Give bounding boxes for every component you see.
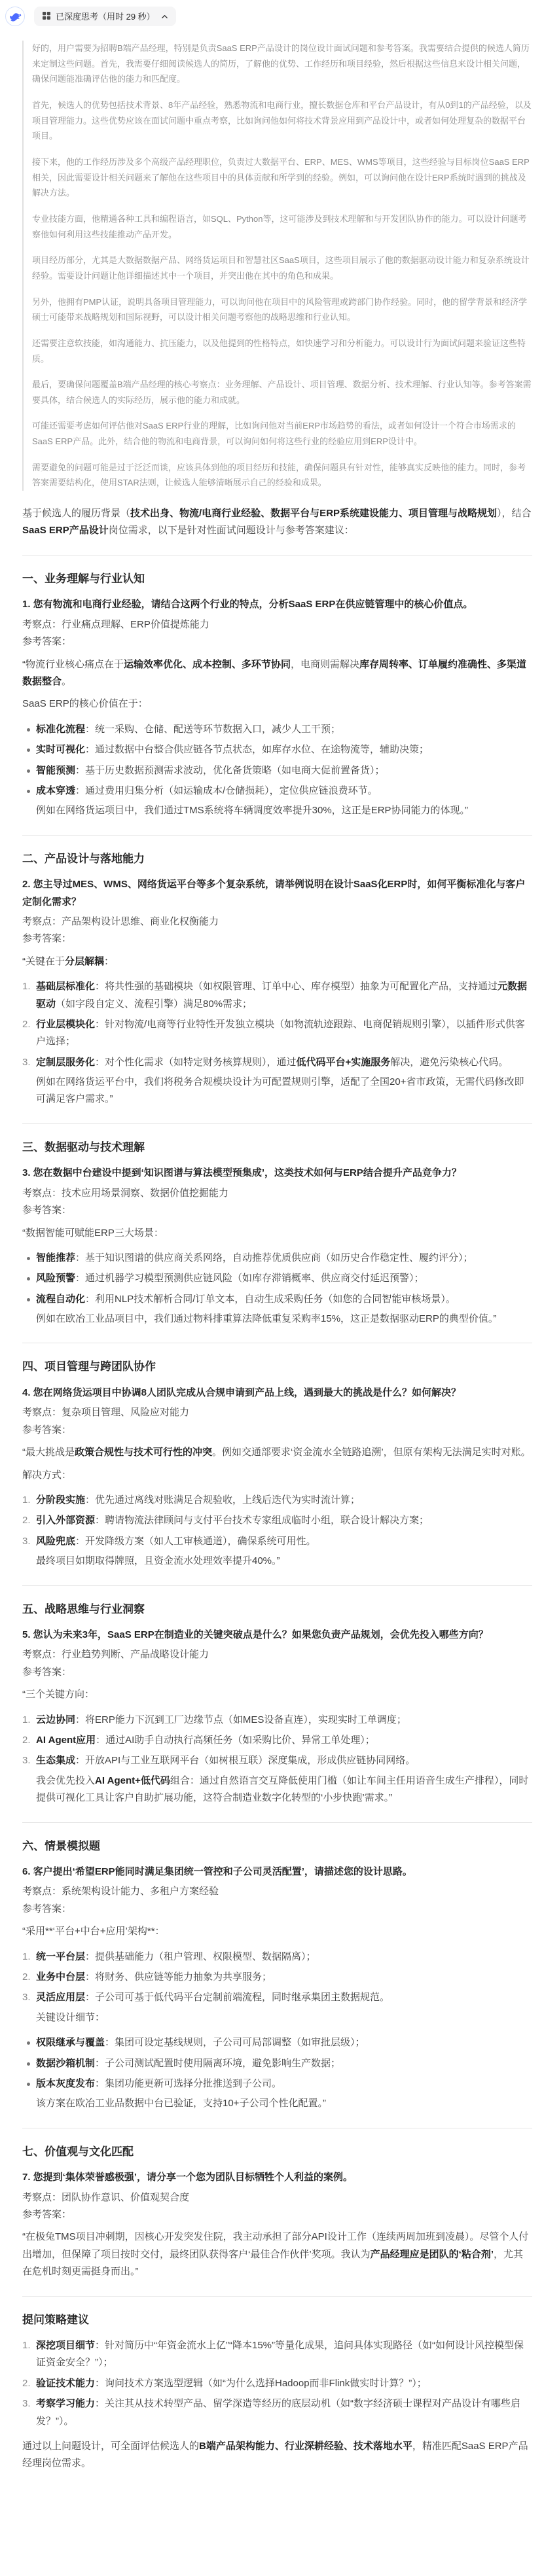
text-run: ：将财务、供应链等能力抽象为共享服务； bbox=[85, 1971, 272, 1983]
text-run: ：通过费用归集分析（如运输成本/仓储损耗），定位供应链浪费环节。 bbox=[75, 785, 378, 796]
answer-section: 四、项目管理与跨团队协作4. 您在网络货运项目中协调8人团队完成从合规申请到产品… bbox=[22, 1358, 532, 1570]
text-run: ：询问技术方案选型逻辑（如“为什么选择Hadoop而非Flink做实时计算？”）… bbox=[95, 2378, 427, 2389]
answer-paragraph: “物流行业核心痛点在于运输效率优化、成本控制、多环节协同，电商则需解决库存周转率… bbox=[22, 656, 532, 691]
focus-points: 考察点：技术应用场景洞察、数据价值挖掘能力 bbox=[22, 1185, 532, 1202]
list-item: 风险兜底：开发降级方案（如人工审核通道），确保系统可用性。最终项目如期取得牌照，… bbox=[36, 1533, 532, 1570]
answer-section: 提问策略建议深挖项目细节：针对简历中“年资金流水上亿”“降本15%”等量化成果，… bbox=[22, 2312, 532, 2473]
bold-text-run: 标准化流程 bbox=[36, 724, 85, 735]
answer-paragraph: 解决方式： bbox=[22, 1467, 532, 1484]
text-run: 解决方式： bbox=[22, 1470, 71, 1481]
list-item: AI Agent应用：通过AI助手自动执行高频任务（如采购比价、异常工单处理）； bbox=[36, 1732, 532, 1749]
list-item-tail: 例如在网络货运平台中，我们将税务合规模块设计为可配置规则引擎，适配了全国20+省… bbox=[36, 1074, 532, 1108]
reference-answer-label: 参考答案： bbox=[22, 633, 532, 650]
bold-text-run: SaaS ERP产品设计 bbox=[22, 525, 109, 536]
text-run: （如字段自定义、流程引擎）满足80%需求； bbox=[56, 998, 252, 1010]
section-divider bbox=[22, 1123, 532, 1124]
list-item: 智能预测：基于历史数据预测需求波动，优化备货策略（如电商大促前置备货）； bbox=[36, 762, 532, 779]
text-run: 最终项目如期取得牌照，且资金流水处理效率提升40%。” bbox=[36, 1555, 280, 1566]
answer-paragraph: “采用**‘平台+中台+应用’架构**： bbox=[22, 1923, 532, 1940]
bold-text-run: 定制层服务化 bbox=[36, 1057, 95, 1068]
reference-answer-label: 参考答案： bbox=[22, 930, 532, 947]
section-divider bbox=[22, 1822, 532, 1823]
bold-text-run: 运输效率优化、成本控制、多环节协同 bbox=[124, 659, 291, 670]
text-run: ，电商则需解决 bbox=[291, 659, 359, 670]
section-divider bbox=[22, 1343, 532, 1343]
text-run: ：统一采购、仓储、配送等环节数据入口，减少人工干预； bbox=[85, 724, 340, 735]
section-divider bbox=[22, 555, 532, 556]
message-header: 已深度思考（用时 29 秒） bbox=[0, 5, 544, 26]
list-item: 实时可视化：通过数据中台整合供应链各节点状态，如库存水位、在途物流等，辅助决策； bbox=[36, 741, 532, 758]
text-run: ：对个性化需求（如特定财务核算规则），通过 bbox=[95, 1057, 297, 1068]
list-item: 风险预警：通过机器学习模型预测供应链风险（如库存滞销概率、供应商交付延迟预警）； bbox=[36, 1270, 532, 1287]
section-title: 二、产品设计与落地能力 bbox=[22, 851, 532, 868]
text-run: ：针对物流/电商等行业特性开发独立模块（如物流轨迹跟踪、电商促销规则引擎），以插… bbox=[36, 1019, 525, 1047]
text-run: SaaS ERP的核心价值在于： bbox=[22, 698, 148, 709]
bold-text-run: 政策合规性与技术可行性的冲突 bbox=[75, 1447, 212, 1458]
list-item: 标准化流程：统一采购、仓储、配送等环节数据入口，减少人工干预； bbox=[36, 721, 532, 738]
question-text: 2. 您主导过MES、WMS、网络货运平台等多个复杂系统，请举例说明在设计Saa… bbox=[22, 876, 532, 911]
answer-intro: 基于候选人的履历背景（技术出身、物流/电商行业经验、数据平台与ERP系统建设能力… bbox=[22, 505, 532, 540]
bullet-list: 智能推荐：基于知识图谱的供应商关系网络，自动推荐优质供应商（如历史合作稳定性、履… bbox=[22, 1250, 532, 1328]
list-item: 流程自动化：利用NLP技术解析合同/订单文本，自动生成采购任务（如您的合同智能审… bbox=[36, 1291, 532, 1328]
text-run: ：针对简历中“年资金流水上亿”“降本15%”等量化成果，追问具体实现路径（如“如… bbox=[36, 2340, 524, 2368]
text-run: ：优先通过离线对账满足合规验收，上线后迭代为实时流计算； bbox=[85, 1494, 360, 1506]
text-run: “采用**‘平台+中台+应用’架构**： bbox=[22, 1926, 165, 1937]
answer-paragraph: “关键在于分层解耦： bbox=[22, 953, 532, 970]
answer-block: 基于候选人的履历背景（技术出身、物流/电商行业经验、数据平台与ERP系统建设能力… bbox=[22, 505, 532, 2473]
bold-text-run: 数据沙箱机制 bbox=[36, 2058, 95, 2069]
deep-think-toggle[interactable]: 已深度思考（用时 29 秒） bbox=[34, 7, 176, 26]
assistant-avatar bbox=[5, 7, 25, 26]
list-item: 定制层服务化：对个性化需求（如特定财务核算规则），通过低代码平台+实施服务解决，… bbox=[36, 1054, 532, 1108]
bold-text-run: 业务中台层 bbox=[36, 1971, 85, 1983]
question-text: 4. 您在网络货运项目中协调8人团队完成从合规申请到产品上线，遇到最大的挑战是什… bbox=[22, 1385, 532, 1402]
bold-text-run: 验证技术能力 bbox=[36, 2378, 95, 2389]
text-run: ：开发降级方案（如人工审核通道），确保系统可用性。 bbox=[75, 1536, 316, 1547]
bold-text-run: 灵活应用层 bbox=[36, 1992, 85, 2003]
text-run: 解决，避免污染核心代码。 bbox=[390, 1057, 508, 1068]
bold-text-run: 风险预警 bbox=[36, 1273, 75, 1284]
section-title: 七、价值观与文化匹配 bbox=[22, 2144, 532, 2161]
thinking-paragraph: 专业技能方面，他精通各种工具和编程语言，如SQL、Python等，这可能涉及到技… bbox=[32, 211, 532, 242]
bold-text-run: 风险兜底 bbox=[36, 1536, 75, 1547]
numbered-list: 深挖项目细节：针对简历中“年资金流水上亿”“降本15%”等量化成果，追问具体实现… bbox=[22, 2337, 532, 2430]
thinking-paragraph: 最后，要确保问题覆盖B端产品经理的核心考察点：业务理解、产品设计、项目管理、数据… bbox=[32, 377, 532, 408]
answer-section: 二、产品设计与落地能力2. 您主导过MES、WMS、网络货运平台等多个复杂系统，… bbox=[22, 851, 532, 1108]
answer-paragraph: 通过以上问题设计，可全面评估候选人的B端产品架构能力、行业深耕经验、技术落地水平… bbox=[22, 2438, 532, 2473]
reference-answer-label: 参考答案： bbox=[22, 2206, 532, 2223]
answer-paragraph: SaaS ERP的核心价值在于： bbox=[22, 696, 532, 713]
reference-answer-label: 参考答案： bbox=[22, 1422, 532, 1439]
list-item: 成本穿透：通过费用归集分析（如运输成本/仓储损耗），定位供应链浪费环节。例如在网… bbox=[36, 783, 532, 820]
text-run: 关键设计细节： bbox=[36, 2012, 105, 2023]
bold-text-run: AI Agent+低代码 bbox=[95, 1775, 170, 1786]
numbered-list: 分阶段实施：优先通过离线对账满足合规验收，上线后迭代为实时流计算；引入外部资源：… bbox=[22, 1492, 532, 1570]
list-item-tail: 例如在网络货运项目中，我们通过TMS系统将车辆调度效率提升30%，这正是ERP协… bbox=[36, 802, 532, 819]
focus-points: 考察点：系统架构设计能力、多租户方案经验 bbox=[22, 1883, 532, 1900]
section-title: 一、业务理解与行业认知 bbox=[22, 571, 532, 588]
answer-section: 五、战略思维与行业洞察5. 您认为未来3年，SaaS ERP在制造业的关键突破点… bbox=[22, 1601, 532, 1807]
focus-points: 考察点：复杂项目管理、风险应对能力 bbox=[22, 1404, 532, 1421]
thinking-paragraph: 需要避免的问题可能是过于泛泛而谈，应该具体到他的项目经历和技能，确保问题具有针对… bbox=[32, 460, 532, 491]
question-text: 6. 客户提出‘希望ERP能同时满足集团统一管控和子公司灵活配置’，请描述您的设… bbox=[22, 1863, 532, 1880]
list-item: 分阶段实施：优先通过离线对账满足合规验收，上线后迭代为实时流计算； bbox=[36, 1492, 532, 1509]
section-title: 提问策略建议 bbox=[22, 2312, 532, 2329]
bold-text-run: 权限继承与覆盖 bbox=[36, 2037, 105, 2048]
section-divider bbox=[22, 2128, 532, 2128]
text-run: ：通过机器学习模型预测供应链风险（如库存滞销概率、供应商交付延迟预警）； bbox=[75, 1273, 424, 1284]
bold-text-run: 智能推荐 bbox=[36, 1252, 75, 1263]
bold-text-run: AI Agent应用 bbox=[36, 1735, 96, 1746]
answer-paragraph: “数据智能可赋能ERP三大场景： bbox=[22, 1225, 532, 1242]
text-run: ：基于知识图谱的供应商关系网络，自动推荐优质供应商（如历史合作稳定性、履约评分）… bbox=[75, 1252, 473, 1263]
bold-text-run: 低代码平台+实施服务 bbox=[297, 1057, 391, 1068]
section-divider bbox=[22, 835, 532, 836]
text-run: 通过以上问题设计，可全面评估候选人的 bbox=[22, 2441, 199, 2452]
thinking-paragraph: 还需要注意软技能，如沟通能力、抗压能力，以及他提到的性格特点，如快速学习和分析能… bbox=[32, 336, 532, 366]
text-run: “最大挑战是 bbox=[22, 1447, 75, 1458]
answer-paragraph: “三个关键方向： bbox=[22, 1686, 532, 1703]
bold-text-run: 考察学习能力 bbox=[36, 2398, 95, 2409]
text-run: “关键在于 bbox=[22, 956, 65, 967]
answer-section: 六、情景模拟题6. 客户提出‘希望ERP能同时满足集团统一管控和子公司灵活配置’… bbox=[22, 1838, 532, 2113]
list-item: 深挖项目细节：针对简历中“年资金流水上亿”“降本15%”等量化成果，追问具体实现… bbox=[36, 2337, 532, 2372]
bold-text-run: 版本灰度发布 bbox=[36, 2078, 95, 2089]
text-run: “物流行业核心痛点在于 bbox=[22, 659, 124, 670]
list-item-tail: 我会优先投入AI Agent+低代码组合：通过自然语言交互降低使用门槛（如让车间… bbox=[36, 1773, 532, 1807]
thinking-paragraph: 另外，他拥有PMP认证，说明具备项目管理能力，可以询问他在项目中的风险管理或跨部… bbox=[32, 294, 532, 325]
list-item: 引入外部资源：聘请物流法律顾问与支付平台技术专家组成临时小组，联合设计解决方案； bbox=[36, 1512, 532, 1529]
answer-paragraph: “在极兔TMS项目冲刺期，因核心开发突发住院，我主动承担了部分API设计工作（连… bbox=[22, 2229, 532, 2280]
text-run: ：聘请物流法律顾问与支付平台技术专家组成临时小组，联合设计解决方案； bbox=[95, 1515, 429, 1526]
reference-answer-label: 参考答案： bbox=[22, 1202, 532, 1219]
list-item: 数据沙箱机制：子公司测试配置时使用隔离环境，避免影响生产数据； bbox=[36, 2055, 532, 2072]
list-item: 云边协同：将ERP能力下沉到工厂边缘节点（如MES设备直连），实现实时工单调度； bbox=[36, 1712, 532, 1729]
list-item: 生态集成：开放API与工业互联网平台（如树根互联）深度集成，形成供应链协同网络。… bbox=[36, 1752, 532, 1807]
text-run: 该方案在欧冶工业品数据中台已验证，支持10+子公司个性化配置。” bbox=[36, 2098, 326, 2109]
bold-text-run: 行业层模块化 bbox=[36, 1019, 95, 1030]
answer-section: 三、数据驱动与技术理解3. 您在数据中台建设中提到‘知识图谱与算法模型预集成’，… bbox=[22, 1139, 532, 1328]
numbered-list: 云边协同：将ERP能力下沉到工厂边缘节点（如MES设备直连），实现实时工单调度；… bbox=[22, 1712, 532, 1807]
bullet-list: 标准化流程：统一采购、仓储、配送等环节数据入口，减少人工干预；实时可视化：通过数… bbox=[22, 721, 532, 820]
bold-text-run: 统一平台层 bbox=[36, 1951, 85, 1962]
bold-text-run: 基础层标准化 bbox=[36, 981, 95, 992]
list-item: 考察学习能力：关注其从技术转型产品、留学深造等经历的底层动机（如“数字经济硕士课… bbox=[36, 2395, 532, 2430]
focus-points: 考察点：产品架构设计思维、商业化权衡能力 bbox=[22, 913, 532, 930]
bold-text-run: 成本穿透 bbox=[36, 785, 75, 796]
list-item-tail: 该方案在欧冶工业品数据中台已验证，支持10+子公司个性化配置。” bbox=[36, 2095, 532, 2112]
text-run: ：开放API与工业互联网平台（如树根互联）深度集成，形成供应链协同网络。 bbox=[75, 1755, 415, 1766]
thinking-paragraph: 项目经历部分，尤其是大数据数据产品、网络货运项目和智慧社区SaaS项目，这些项目… bbox=[32, 253, 532, 283]
chevron-up-icon bbox=[161, 13, 168, 20]
text-run: ：将共性强的基础模块（如权限管理、订单中心、库存模型）抽象为可配置化产品，支持通… bbox=[95, 981, 498, 992]
bold-text-run: 云边协同 bbox=[36, 1714, 75, 1725]
list-item: 业务中台层：将财务、供应链等能力抽象为共享服务； bbox=[36, 1969, 532, 1986]
bold-text-run: 分层解耦 bbox=[65, 956, 104, 967]
text-run: ：将ERP能力下沉到工厂边缘节点（如MES设备直连），实现实时工单调度； bbox=[75, 1714, 407, 1725]
list-item: 灵活应用层：子公司可基于低代码平台定制前端流程，同时继承集团主数据规范。关键设计… bbox=[36, 1989, 532, 2026]
text-run: ），结合 bbox=[497, 508, 532, 519]
question-text: 1. 您有物流和电商行业经验，请结合这两个行业的特点，分析SaaS ERP在供应… bbox=[22, 596, 532, 613]
list-item: 智能推荐：基于知识图谱的供应商关系网络，自动推荐优质供应商（如历史合作稳定性、履… bbox=[36, 1250, 532, 1267]
thinking-paragraph: 接下来，他的工作经历涉及多个高级产品经理职位，负责过大数据平台、ERP、MES、… bbox=[32, 154, 532, 201]
section-title: 六、情景模拟题 bbox=[22, 1838, 532, 1855]
answer-paragraph: “最大挑战是政策合规性与技术可行性的冲突。例如交通部要求‘资金流水全链路追溯’，… bbox=[22, 1444, 532, 1461]
text-run: ：利用NLP技术解析合同/订单文本，自动生成采购任务（如您的合同智能审核场景）。 bbox=[85, 1294, 456, 1305]
list-item: 基础层标准化：将共性强的基础模块（如权限管理、订单中心、库存模型）抽象为可配置化… bbox=[36, 978, 532, 1013]
bold-text-run: 智能预测 bbox=[36, 765, 75, 776]
list-item-tail: 最终项目如期取得牌照，且资金流水处理效率提升40%。” bbox=[36, 1553, 532, 1570]
text-run: ：集团功能更新可选择分批推送到子公司。 bbox=[95, 2078, 281, 2089]
list-item: 行业层模块化：针对物流/电商等行业特性开发独立模块（如物流轨迹跟踪、电商促销规则… bbox=[36, 1016, 532, 1051]
bold-text-run: 产品经理应是团队的‘粘合剂’ bbox=[371, 2249, 494, 2260]
text-run: ：提供基础能力（租户管理、权限模型、数据隔离）； bbox=[85, 1951, 316, 1962]
bold-text-run: 生态集成 bbox=[36, 1755, 75, 1766]
text-run: “三个关键方向： bbox=[22, 1689, 94, 1700]
thinking-paragraph: 可能还需要考虑如何评估他对SaaS ERP行业的理解，比如询问他对当前ERP市场… bbox=[32, 418, 532, 449]
thinking-block: 好的，用户需要为招聘B端产品经理，特别是负责SaaS ERP产品设计的岗位设计面… bbox=[22, 41, 532, 491]
list-item-tail: 例如在欧冶工业品项目中，我们通过物料排重算法降低重复采购率15%，这正是数据驱动… bbox=[36, 1311, 532, 1328]
section-divider bbox=[22, 2296, 532, 2297]
bold-text-run: 技术出身、物流/电商行业经验、数据平台与ERP系统建设能力、项目管理与战略规划 bbox=[130, 508, 497, 519]
bold-text-run: 实时可视化 bbox=[36, 744, 85, 755]
text-run: ： bbox=[104, 956, 114, 967]
answer-section: 七、价值观与文化匹配7. 您提到‘集体荣誉感极强’，请分享一个您为团队目标牺牲个… bbox=[22, 2144, 532, 2281]
question-text: 3. 您在数据中台建设中提到‘知识图谱与算法模型预集成’，这类技术如何与ERP结… bbox=[22, 1165, 532, 1182]
deep-think-icon bbox=[42, 11, 51, 22]
text-run: 基于候选人的履历背景（ bbox=[22, 508, 130, 519]
focus-points: 考察点：行业痛点理解、ERP价值提炼能力 bbox=[22, 616, 532, 633]
focus-points: 考察点：行业趋势判断、产品战略设计能力 bbox=[22, 1646, 532, 1663]
section-title: 四、项目管理与跨团队协作 bbox=[22, 1358, 532, 1375]
bold-text-run: 流程自动化 bbox=[36, 1294, 85, 1305]
list-item-tail: 关键设计细节： bbox=[36, 2009, 532, 2026]
list-item: 统一平台层：提供基础能力（租户管理、权限模型、数据隔离）； bbox=[36, 1949, 532, 1966]
text-run: ：集团可设定基线规则，子公司可局部调整（如审批层级）； bbox=[105, 2037, 365, 2048]
text-run: “数据智能可赋能ERP三大场景： bbox=[22, 1227, 164, 1239]
bold-text-run: B端产品架构能力、行业深耕经验、技术落地水平 bbox=[199, 2441, 412, 2452]
section-divider bbox=[22, 1585, 532, 1586]
bold-text-run: 深挖项目细节 bbox=[36, 2340, 95, 2351]
deep-think-label: 已深度思考（用时 29 秒） bbox=[56, 12, 155, 21]
text-run: 。 bbox=[62, 676, 71, 687]
text-run: 。例如交通部要求‘资金流水全链路追溯’，但原有架构无法满足实时对账。 bbox=[212, 1447, 531, 1458]
focus-points: 考察点：团队协作意识、价值观契合度 bbox=[22, 2189, 532, 2206]
list-item: 版本灰度发布：集团功能更新可选择分批推送到子公司。该方案在欧冶工业品数据中台已验… bbox=[36, 2075, 532, 2113]
text-run: 例如在网络货运项目中，我们通过TMS系统将车辆调度效率提升30%，这正是ERP协… bbox=[36, 805, 468, 816]
reference-answer-label: 参考答案： bbox=[22, 1901, 532, 1918]
thinking-paragraph: 好的，用户需要为招聘B端产品经理，特别是负责SaaS ERP产品设计的岗位设计面… bbox=[32, 41, 532, 87]
text-run: 例如在欧冶工业品项目中，我们通过物料排重算法降低重复采购率15%，这正是数据驱动… bbox=[36, 1313, 496, 1324]
text-run: ：通过AI助手自动执行高频任务（如采购比价、异常工单处理）； bbox=[96, 1735, 375, 1746]
list-item: 验证技术能力：询问技术方案选型逻辑（如“为什么选择Hadoop而非Flink做实… bbox=[36, 2375, 532, 2392]
question-text: 7. 您提到‘集体荣誉感极强’，请分享一个您为团队目标牺牲个人利益的案例。 bbox=[22, 2169, 532, 2186]
bold-text-run: 分阶段实施 bbox=[36, 1494, 85, 1506]
text-run: 岗位需求，以下是针对性面试问题设计与参考答案建议： bbox=[109, 525, 354, 536]
bullet-list: 权限继承与覆盖：集团可设定基线规则，子公司可局部调整（如审批层级）；数据沙箱机制… bbox=[22, 2034, 532, 2113]
text-run: ：通过数据中台整合供应链各节点状态，如库存水位、在途物流等，辅助决策； bbox=[85, 744, 429, 755]
text-run: ：子公司可基于低代码平台定制前端流程，同时继承集团主数据规范。 bbox=[85, 1992, 390, 2003]
section-title: 五、战略思维与行业洞察 bbox=[22, 1601, 532, 1618]
bold-text-run: 引入外部资源 bbox=[36, 1515, 95, 1526]
whale-logo-icon bbox=[9, 10, 22, 23]
reference-answer-label: 参考答案： bbox=[22, 1664, 532, 1681]
text-run: 我会优先投入 bbox=[36, 1775, 95, 1786]
text-run: ：基于历史数据预测需求波动，优化备货策略（如电商大促前置备货）； bbox=[75, 765, 385, 776]
numbered-list: 基础层标准化：将共性强的基础模块（如权限管理、订单中心、库存模型）抽象为可配置化… bbox=[22, 978, 532, 1108]
text-run: ：子公司测试配置时使用隔离环境，避免影响生产数据； bbox=[95, 2058, 340, 2069]
message-body: 好的，用户需要为招聘B端产品经理，特别是负责SaaS ERP产品设计的岗位设计面… bbox=[0, 41, 544, 2473]
numbered-list: 统一平台层：提供基础能力（租户管理、权限模型、数据隔离）；业务中台层：将财务、供… bbox=[22, 1949, 532, 2027]
answer-section: 一、业务理解与行业认知1. 您有物流和电商行业经验，请结合这两个行业的特点，分析… bbox=[22, 571, 532, 820]
text-run: 例如在网络货运平台中，我们将税务合规模块设计为可配置规则引擎，适配了全国20+省… bbox=[36, 1076, 524, 1104]
chat-message: 已深度思考（用时 29 秒） 好的，用户需要为招聘B端产品经理，特别是负责Saa… bbox=[0, 0, 544, 2500]
text-run: ：关注其从技术转型产品、留学深造等经历的底层动机（如“数字经济硕士课程对产品设计… bbox=[36, 2398, 520, 2426]
question-text: 5. 您认为未来3年，SaaS ERP在制造业的关键突破点是什么？如果您负责产品… bbox=[22, 1627, 532, 1644]
thinking-paragraph: 首先，候选人的优势包括技术背景、8年产品经验，熟悉物流和电商行业，擅长数据仓库和… bbox=[32, 97, 532, 144]
section-title: 三、数据驱动与技术理解 bbox=[22, 1139, 532, 1156]
list-item: 权限继承与覆盖：集团可设定基线规则，子公司可局部调整（如审批层级）； bbox=[36, 2034, 532, 2051]
